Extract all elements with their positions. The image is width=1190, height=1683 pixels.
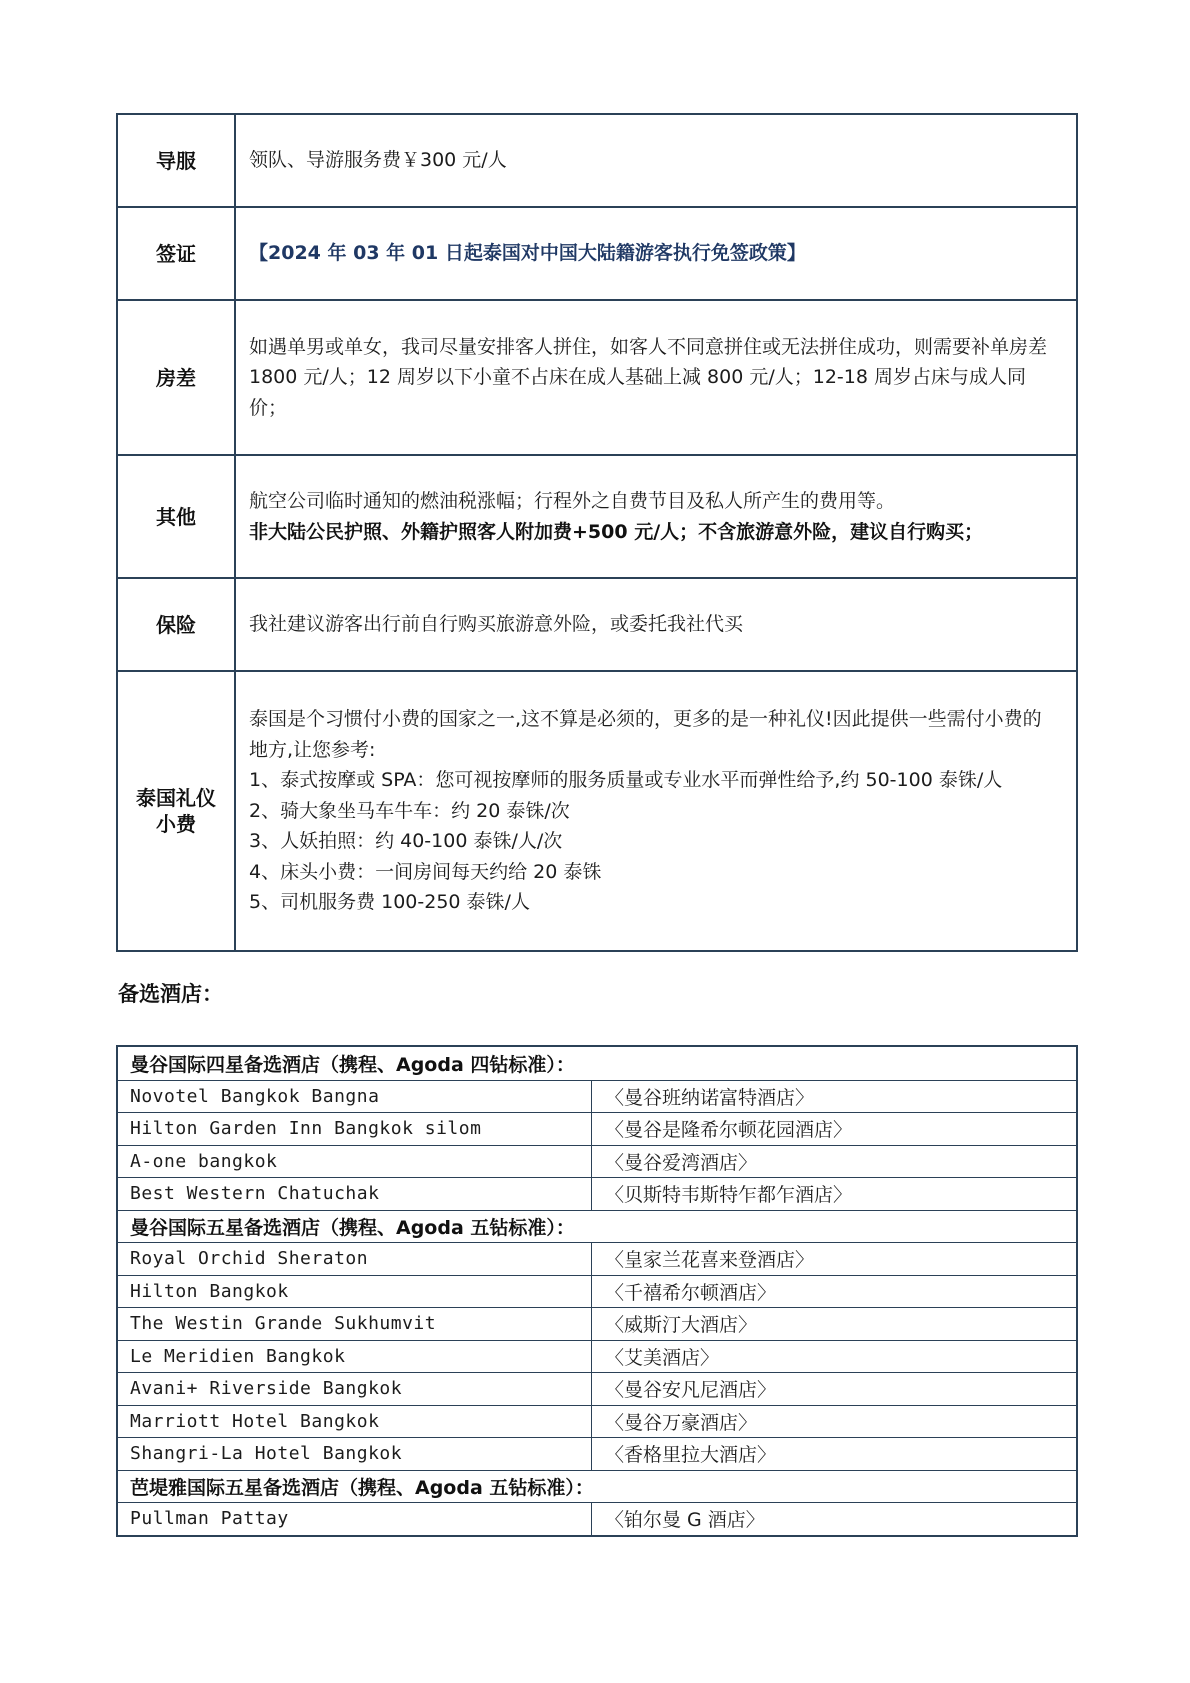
row-label: 其他 (118, 456, 236, 577)
info-row: 其他航空公司临时通知的燃油税涨幅；行程外之自费节目及私人所产生的费用等。非大陆公… (118, 456, 1076, 579)
info-row: 房差如遇单男或单女，我司尽量安排客人拼住，如客人不同意拼住或无法拼住成功，则需要… (118, 301, 1076, 456)
hotel-row: Hilton Bangkok〈千禧希尔顿酒店〉 (118, 1275, 1076, 1308)
row-label: 导服 (118, 115, 236, 206)
hotel-row: Marriott Hotel Bangkok〈曼谷万豪酒店〉 (118, 1405, 1076, 1438)
hotel-name-zh: 〈千禧希尔顿酒店〉 (592, 1276, 1076, 1308)
hotel-name-zh: 〈贝斯特韦斯特乍都乍酒店〉 (592, 1178, 1076, 1210)
hotel-row: Hilton Garden Inn Bangkok silom〈曼谷是隆希尔顿花… (118, 1112, 1076, 1145)
row-label: 保险 (118, 579, 236, 670)
hotel-group-header-label: 芭堤雅国际五星备选酒店（携程、Agoda 五钻标准）： (118, 1471, 1076, 1503)
tour-terms-table: 导服领队、导游服务费￥300 元/人签证【2024 年 03 年 01 日起泰国… (116, 113, 1078, 952)
backup-hotels-table: 曼谷国际四星备选酒店（携程、Agoda 四钻标准）：Novotel Bangko… (116, 1045, 1078, 1537)
info-row: 签证【2024 年 03 年 01 日起泰国对中国大陆籍游客执行免签政策】 (118, 208, 1076, 301)
hotel-name-en: Hilton Garden Inn Bangkok silom (118, 1113, 592, 1145)
hotel-name-zh: 〈曼谷爱湾酒店〉 (592, 1146, 1076, 1178)
hotel-name-zh: 〈铂尔曼 G 酒店〉 (592, 1503, 1076, 1535)
hotel-name-en: Best Western Chatuchak (118, 1178, 592, 1210)
backup-hotels-heading: 备选酒店： (118, 980, 1078, 1008)
hotel-name-en: Hilton Bangkok (118, 1276, 592, 1308)
row-content: 我社建议游客出行前自行购买旅游意外险，或委托我社代买 (236, 579, 1076, 670)
row-label: 签证 (118, 208, 236, 299)
hotel-name-en: Le Meridien Bangkok (118, 1341, 592, 1373)
hotel-row: The Westin Grande Sukhumvit〈威斯汀大酒店〉 (118, 1307, 1076, 1340)
paragraph: 5、司机服务费 100-250 泰铢/人 (249, 887, 1056, 918)
hotel-name-en: Novotel Bangkok Bangna (118, 1081, 592, 1113)
row-content: 如遇单男或单女，我司尽量安排客人拼住，如客人不同意拼住或无法拼住成功，则需要补单… (236, 301, 1076, 454)
hotel-name-en: Shangri-La Hotel Bangkok (118, 1438, 592, 1470)
info-row: 保险我社建议游客出行前自行购买旅游意外险，或委托我社代买 (118, 579, 1076, 672)
paragraph: 非大陆公民护照、外籍护照客人附加费+500 元/人；不含旅游意外险，建议自行购买… (249, 517, 1056, 548)
paragraph: 【2024 年 03 年 01 日起泰国对中国大陆籍游客执行免签政策】 (249, 238, 1056, 269)
hotel-row: Best Western Chatuchak〈贝斯特韦斯特乍都乍酒店〉 (118, 1177, 1076, 1210)
hotel-name-en: Pullman Pattay (118, 1503, 592, 1535)
row-content: 领队、导游服务费￥300 元/人 (236, 115, 1076, 206)
hotel-name-en: A-one bangkok (118, 1146, 592, 1178)
paragraph: 如遇单男或单女，我司尽量安排客人拼住，如客人不同意拼住或无法拼住成功，则需要补单… (249, 332, 1056, 424)
info-row: 导服领队、导游服务费￥300 元/人 (118, 115, 1076, 208)
paragraph: 我社建议游客出行前自行购买旅游意外险，或委托我社代买 (249, 609, 1056, 640)
hotel-group-header-label: 曼谷国际四星备选酒店（携程、Agoda 四钻标准）： (118, 1047, 1076, 1080)
paragraph: 2、骑大象坐马车牛车：约 20 泰铢/次 (249, 796, 1056, 827)
hotel-group-header-row: 曼谷国际五星备选酒店（携程、Agoda 五钻标准）： (118, 1210, 1076, 1243)
document-page: 导服领队、导游服务费￥300 元/人签证【2024 年 03 年 01 日起泰国… (116, 113, 1078, 1537)
hotel-name-zh: 〈曼谷是隆希尔顿花园酒店〉 (592, 1113, 1076, 1145)
hotel-name-en: The Westin Grande Sukhumvit (118, 1308, 592, 1340)
row-content: 航空公司临时通知的燃油税涨幅；行程外之自费节目及私人所产生的费用等。非大陆公民护… (236, 456, 1076, 577)
hotel-row: Le Meridien Bangkok〈艾美酒店〉 (118, 1340, 1076, 1373)
row-label: 房差 (118, 301, 236, 454)
hotel-name-zh: 〈威斯汀大酒店〉 (592, 1308, 1076, 1340)
paragraph: 3、人妖拍照：约 40-100 泰铢/人/次 (249, 826, 1056, 857)
hotel-name-zh: 〈艾美酒店〉 (592, 1341, 1076, 1373)
paragraph: 4、床头小费：一间房间每天约给 20 泰铢 (249, 857, 1056, 888)
paragraph: 泰国是个习惯付小费的国家之一,这不算是必须的，更多的是一种礼仪!因此提供一些需付… (249, 704, 1056, 765)
row-content: 【2024 年 03 年 01 日起泰国对中国大陆籍游客执行免签政策】 (236, 208, 1076, 299)
info-row: 泰国礼仪 小费泰国是个习惯付小费的国家之一,这不算是必须的，更多的是一种礼仪!因… (118, 672, 1076, 952)
hotel-name-zh: 〈曼谷安凡尼酒店〉 (592, 1373, 1076, 1405)
hotel-row: Avani+ Riverside Bangkok〈曼谷安凡尼酒店〉 (118, 1372, 1076, 1405)
hotel-name-en: Royal Orchid Sheraton (118, 1243, 592, 1275)
hotel-group-header-row: 芭堤雅国际五星备选酒店（携程、Agoda 五钻标准）： (118, 1470, 1076, 1503)
row-label: 泰国礼仪 小费 (118, 672, 236, 950)
row-content: 泰国是个习惯付小费的国家之一,这不算是必须的，更多的是一种礼仪!因此提供一些需付… (236, 672, 1076, 950)
paragraph: 领队、导游服务费￥300 元/人 (249, 145, 1056, 176)
hotel-row: Novotel Bangkok Bangna〈曼谷班纳诺富特酒店〉 (118, 1080, 1076, 1113)
hotel-name-zh: 〈曼谷班纳诺富特酒店〉 (592, 1081, 1076, 1113)
hotel-name-en: Marriott Hotel Bangkok (118, 1406, 592, 1438)
hotel-name-zh: 〈香格里拉大酒店〉 (592, 1438, 1076, 1470)
paragraph: 1、泰式按摩或 SPA：您可视按摩师的服务质量或专业水平而弹性给予,约 50-1… (249, 765, 1056, 796)
hotel-row: Pullman Pattay〈铂尔曼 G 酒店〉 (118, 1502, 1076, 1535)
hotel-name-en: Avani+ Riverside Bangkok (118, 1373, 592, 1405)
hotel-row: Shangri-La Hotel Bangkok〈香格里拉大酒店〉 (118, 1437, 1076, 1470)
paragraph: 航空公司临时通知的燃油税涨幅；行程外之自费节目及私人所产生的费用等。 (249, 486, 1056, 517)
hotel-group-header-row: 曼谷国际四星备选酒店（携程、Agoda 四钻标准）： (118, 1047, 1076, 1080)
hotel-row: Royal Orchid Sheraton〈皇家兰花喜来登酒店〉 (118, 1242, 1076, 1275)
hotel-row: A-one bangkok〈曼谷爱湾酒店〉 (118, 1145, 1076, 1178)
hotel-name-zh: 〈皇家兰花喜来登酒店〉 (592, 1243, 1076, 1275)
hotel-group-header-label: 曼谷国际五星备选酒店（携程、Agoda 五钻标准）： (118, 1211, 1076, 1243)
hotel-name-zh: 〈曼谷万豪酒店〉 (592, 1406, 1076, 1438)
